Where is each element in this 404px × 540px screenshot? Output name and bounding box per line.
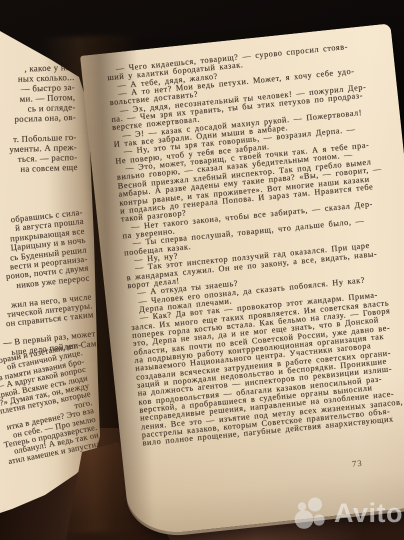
- text-line: на совсем еще: [0, 162, 78, 176]
- left-page-text-top: , какое у насных сколько...— быстро за-м…: [0, 62, 78, 176]
- avito-logo-icon: [294, 496, 331, 531]
- left-page-text-middle: обравшись с сила-й августа прошлаприкрыв…: [0, 208, 97, 361]
- page-number: 73: [352, 458, 363, 469]
- avito-watermark-text: Avito: [334, 500, 403, 527]
- right-page-text: — Чего кидаешься, товарищ? — сурово спро…: [106, 39, 404, 448]
- avito-watermark: Avito: [294, 496, 403, 531]
- book-photo: , какое у насных сколько...— быстро за-м…: [0, 0, 404, 540]
- right-page: — Чего кидаешься, товарищ? — сурово спро…: [80, 23, 404, 537]
